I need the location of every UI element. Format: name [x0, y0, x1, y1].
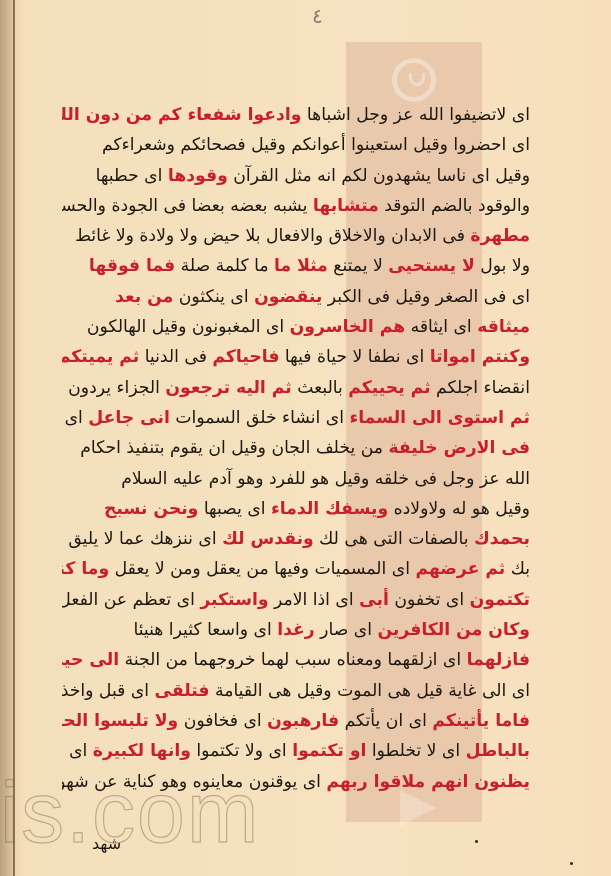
manuscript-page: is.com ٤ اى لاتضيفوا الله عز وجل اشباها …	[0, 0, 611, 876]
manuscript-line: اى الى غاية قيل هى الموت وقيل هى القيامة…	[62, 676, 530, 706]
rubric-quran-text: وكان من الكافرين	[377, 620, 530, 640]
commentary-text: اى المسميات وفيها من يعقل ومن لا يعقل	[109, 559, 415, 579]
manuscript-line: الله عز وجل فى خلقه وقيل هو للفرد وهو آد…	[62, 464, 530, 494]
commentary-text: لا يمتنع	[328, 256, 388, 276]
commentary-text: اى واسعا كثيرا هنيئا	[133, 620, 277, 640]
commentary-text: ولا بول	[475, 256, 530, 276]
commentary-text: فى الابدان والاخلاق والافعال بلا حيض ولا…	[75, 226, 470, 246]
manuscript-line: وقيل اى ناسا يشهدون لكم انه مثل القرآن و…	[62, 161, 530, 191]
commentary-text: اى ينكثون	[173, 287, 254, 307]
rubric-quran-text: رغدا	[277, 620, 314, 640]
commentary-text: اى الى غاية قيل هى الموت وقيل هى القيامة	[210, 681, 530, 701]
rubric-quran-text: وانها لكبيرة	[93, 741, 191, 761]
catchword: شهد	[92, 834, 121, 853]
manuscript-line: اى احضروا وقيل استعينوا أعوانكم وقيل فصح…	[62, 130, 530, 160]
commentary-text: وقيل هو له ولاولاده	[388, 499, 530, 519]
rubric-quran-text: وما كنتم	[62, 559, 109, 579]
commentary-text: الجزاء يردون	[68, 378, 165, 398]
watermark-logo-icon	[392, 58, 436, 102]
rubric-quran-text: ميثاقه	[477, 317, 530, 337]
commentary-text: من يخلف الجان وقيل ان يقوم بتنفيذ احكام	[80, 438, 388, 458]
manuscript-line: وكنتم امواتا اى نطفا لا حياة فيها فاحياك…	[62, 342, 530, 372]
manuscript-line: وكان من الكافرين اى صار رغدا اى واسعا كث…	[62, 615, 530, 645]
commentary-text: يشبه بعضه بعضا فى الجودة والحسن	[62, 196, 313, 216]
rubric-quran-text: ثم عرضهم	[415, 559, 505, 579]
rubric-quran-text: وقودها	[168, 166, 228, 186]
rubric-quran-text: فى الارض خليفة	[388, 438, 530, 458]
rubric-quran-text: بالباطل	[466, 741, 530, 761]
ink-speck	[570, 862, 573, 865]
rubric-quran-text: مطهرة	[470, 226, 530, 246]
commentary-text: اى احضروا وقيل استعينوا أعوانكم وقيل فصح…	[102, 135, 530, 155]
commentary-text: بالبعث	[292, 378, 349, 398]
manuscript-line: فاما يأتينكم اى ان يأتكم فارهبون اى فخاف…	[62, 706, 530, 736]
manuscript-line: والوقود بالضم التوقد متشابها يشبه بعضه ب…	[62, 191, 530, 221]
rubric-quran-text: هم الخاسرون	[290, 317, 406, 337]
rubric-quran-text: ثم يحييكم	[348, 378, 430, 398]
commentary-text: اى ايثاقه	[405, 317, 477, 337]
rubric-quran-text: ثم اليه ترجعون	[165, 378, 291, 398]
manuscript-line: ولا بول لا يستحيى لا يمتنع مثلا ما ما كل…	[62, 251, 530, 281]
rubric-quran-text: او تكتموا	[292, 741, 366, 761]
rubric-quran-text: ويسفك الدماء	[271, 499, 388, 519]
manuscript-line: فازلهما اى ازلقهما ومعناه سبب لهما خروجه…	[62, 645, 530, 675]
commentary-text: اى صار	[315, 620, 378, 640]
rubric-quran-text: ثم استوى الى السماء	[349, 408, 530, 428]
commentary-text: اى المغبونون وقيل الهالكون	[87, 317, 290, 337]
manuscript-line: اى فى الصغر وقيل فى الكبر ينقضون اى ينكث…	[62, 282, 530, 312]
gutter-rule-line	[13, 0, 15, 876]
manuscript-line: انقضاء اجلكم ثم يحييكم بالبعث ثم اليه تر…	[62, 373, 530, 403]
commentary-text: اى فخافون	[178, 711, 267, 731]
commentary-text: اى تخفون	[389, 590, 470, 610]
commentary-text: اى لا تخلطوا	[366, 741, 465, 761]
manuscript-line: يظنون انهم ملاقوا ربهم اى يوقنون معاينوه…	[62, 767, 530, 797]
rubric-quran-text: فتلقى	[155, 681, 210, 701]
commentary-text: فى الدنيا	[139, 347, 212, 367]
manuscript-line: ميثاقه اى ايثاقه هم الخاسرون اى المغبونو…	[62, 312, 530, 342]
rubric-quran-text: ونقدس لك	[222, 529, 314, 549]
commentary-text: والوقود بالضم التوقد	[379, 196, 530, 216]
commentary-text: الله عز وجل فى خلقه وقيل هو للفرد وهو آد…	[121, 469, 530, 489]
commentary-text: بالصفات التى هى لك	[314, 529, 474, 549]
manuscript-line: بالباطل اى لا تخلطوا او تكتموا اى ولا تك…	[62, 736, 530, 766]
rubric-quran-text: فازلهما	[467, 650, 530, 670]
rubric-quran-text: بحمدك	[474, 529, 530, 549]
commentary-text: اى ازلقهما ومعناه سبب لهما خروجهما من ال…	[119, 650, 466, 670]
rubric-quran-text: من بعد	[115, 287, 173, 307]
rubric-quran-text: ينقضون	[254, 287, 322, 307]
rubric-quran-text: انى جاعل	[88, 408, 170, 428]
rubric-quran-text: وادعوا شفعاء كم من دون الله	[62, 105, 301, 125]
commentary-text: اى فى الصغر وقيل فى الكبر	[322, 287, 530, 307]
commentary-text: اى يصبها	[198, 499, 271, 519]
rubric-quran-text: فما فوقها	[89, 256, 175, 276]
manuscript-line: بحمدك بالصفات التى هى لك ونقدس لك اى ننز…	[62, 524, 530, 554]
ink-speck	[475, 840, 478, 843]
rubric-quran-text: واستكبر	[200, 590, 268, 610]
commentary-text: اى اذا الامر	[269, 590, 360, 610]
manuscript-line: مطهرة فى الابدان والاخلاق والافعال بلا ح…	[62, 221, 530, 251]
commentary-text: اى لثقيلة	[62, 741, 93, 761]
manuscript-line: وقيل هو له ولاولاده ويسفك الدماء اى يصبه…	[62, 494, 530, 524]
commentary-text: اى تعظم عن الفعل	[62, 590, 200, 610]
commentary-text: انقضاء اجلكم	[431, 378, 530, 398]
commentary-text: اى ننزهك عما لا يليق	[68, 529, 222, 549]
commentary-text: اى لاتضيفوا الله عز وجل اشباها	[301, 105, 530, 125]
commentary-text: بك	[505, 559, 530, 579]
commentary-text: اى ولا تكتموا	[191, 741, 292, 761]
rubric-quran-text: مثلا ما	[274, 256, 328, 276]
manuscript-line: تكتمون اى تخفون أبى اى اذا الامر واستكبر…	[62, 585, 530, 615]
rubric-quran-text: ولا تلبسوا الحق	[62, 711, 178, 731]
rubric-quran-text: لا يستحيى	[388, 256, 475, 276]
commentary-text: اى حطبها	[96, 166, 168, 186]
manuscript-line: فى الارض خليفة من يخلف الجان وقيل ان يقو…	[62, 433, 530, 463]
rubric-quran-text: الى حين	[62, 650, 119, 670]
commentary-text: اى نطفا لا حياة فيها	[279, 347, 429, 367]
rubric-quran-text: تكتمون	[470, 590, 530, 610]
rubric-quran-text: ثم يميتكم	[62, 347, 139, 367]
rubric-quran-text: متشابها	[313, 196, 379, 216]
manuscript-line: ثم استوى الى السماء اى انشاء خلق السموات…	[62, 403, 530, 433]
manuscript-line: اى لاتضيفوا الله عز وجل اشباها وادعوا شف…	[62, 100, 530, 130]
commentary-text: اى ان يأتكم	[339, 711, 432, 731]
rubric-quran-text: ونحن نسبح	[104, 499, 198, 519]
commentary-text: وقيل اى ناسا يشهدون لكم انه مثل القرآن	[228, 166, 530, 186]
commentary-text: اى انشاء خلق السموات	[170, 408, 350, 428]
rubric-quran-text: فاما يأتينكم	[432, 711, 530, 731]
rubric-quran-text: فارهبون	[267, 711, 339, 731]
commentary-text: اى خالق	[62, 408, 88, 428]
commentary-text: اى يوقنون معاينوه وهو كناية عن شهود	[62, 772, 326, 792]
commentary-text: اى قبل واخذ	[62, 681, 155, 701]
commentary-text: ما كلمة صلة	[175, 256, 274, 276]
binding-gutter	[0, 0, 14, 876]
rubric-quran-text: يظنون انهم ملاقوا ربهم	[326, 772, 530, 792]
rubric-quran-text: فاحياكم	[212, 347, 279, 367]
rubric-quran-text: أبى	[359, 590, 389, 610]
rubric-quran-text: وكنتم امواتا	[430, 347, 530, 367]
page-number: ٤	[312, 4, 323, 28]
manuscript-text-block: اى لاتضيفوا الله عز وجل اشباها وادعوا شف…	[62, 100, 530, 797]
manuscript-line: بك ثم عرضهم اى المسميات وفيها من يعقل وم…	[62, 554, 530, 584]
